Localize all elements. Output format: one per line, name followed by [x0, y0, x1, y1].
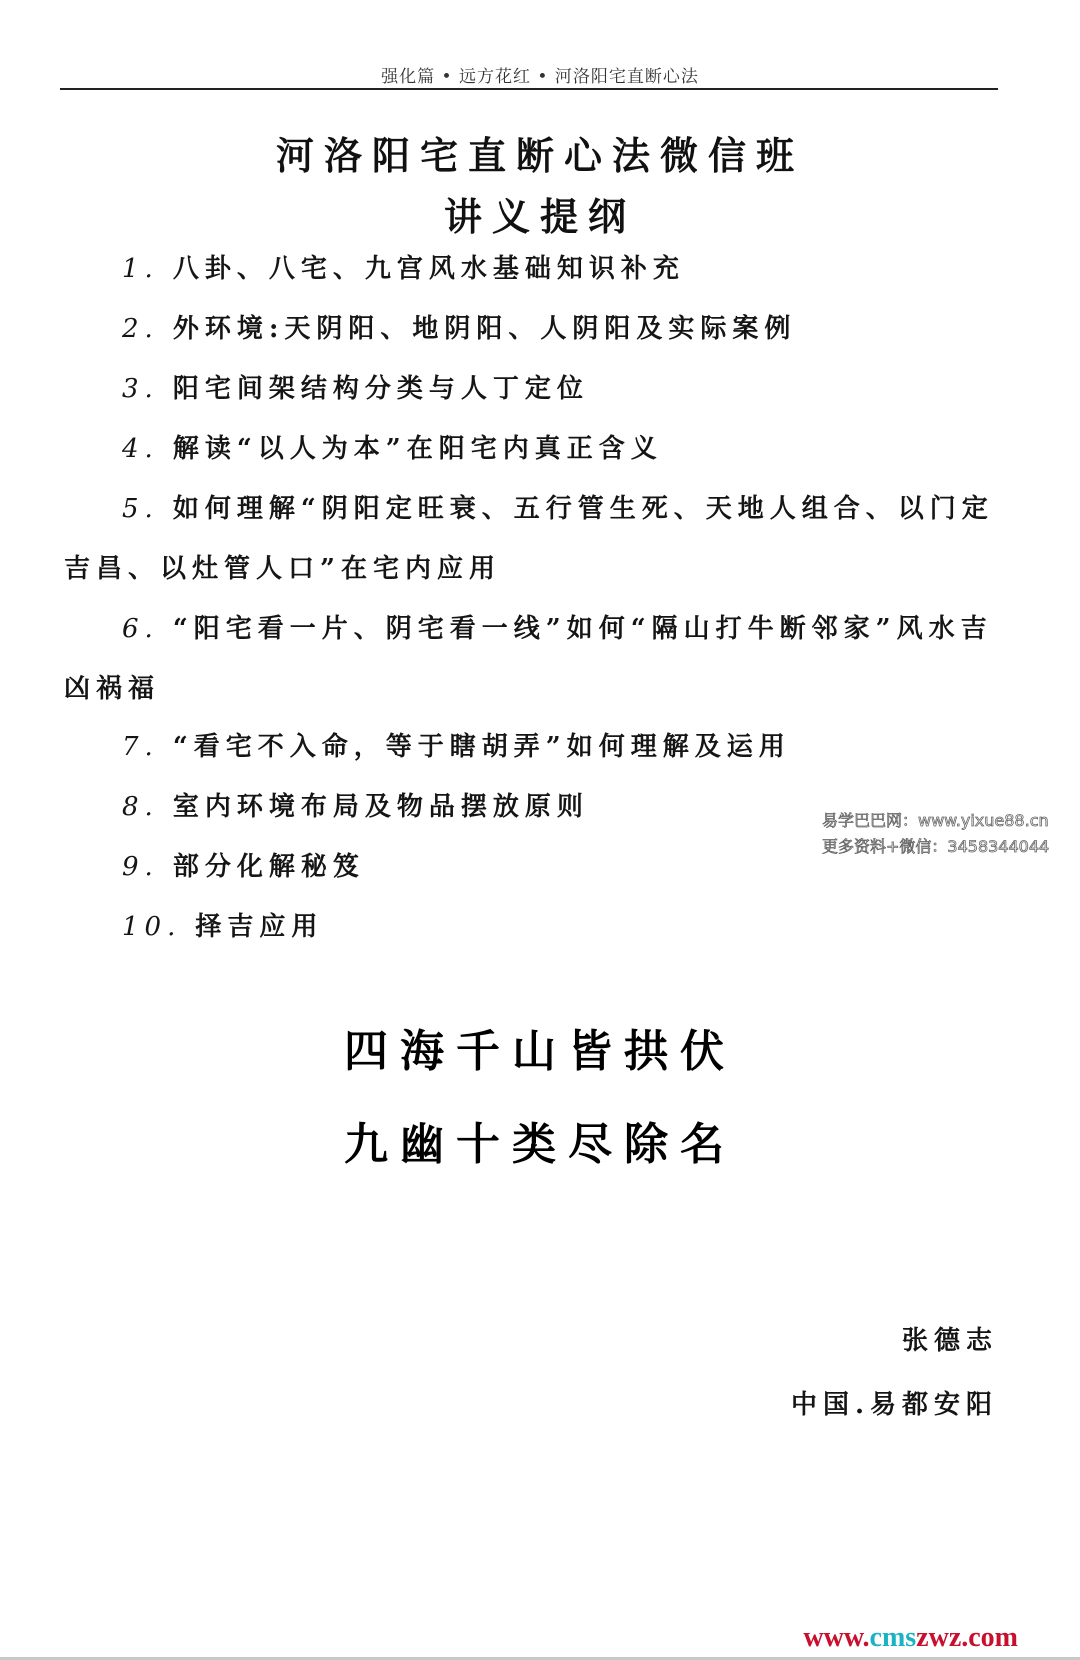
- outline-item: 9.部分化解秘笈: [122, 846, 365, 883]
- outline-item-number: 9.: [122, 852, 159, 882]
- outline-item-continuation: 吉昌、以灶管人口”在宅内应用: [64, 548, 501, 585]
- outline-item: 3.阳宅间架结构分类与人丁定位: [122, 368, 589, 405]
- document-title: 河洛阳宅直断心法微信班: [0, 125, 1080, 180]
- outline-item-continuation: 凶祸福: [64, 668, 160, 705]
- outline-item-text: 解读“以人为本”在阳宅内真正含义: [173, 434, 663, 464]
- outline-item-number: 1.: [122, 254, 159, 284]
- header-divider: [60, 88, 998, 90]
- outline-item-text: 外环境:天阴阳、地阴阳、人阴阳及实际案例: [173, 314, 797, 344]
- outline-item-number: 6.: [122, 614, 159, 644]
- outline-item-text: 部分化解秘笈: [173, 852, 365, 882]
- outline-item-number: 5.: [122, 494, 159, 524]
- outline-item-number: 4.: [122, 434, 159, 464]
- author-location: 中国.易都安阳: [791, 1384, 998, 1421]
- author-name: 张德志: [902, 1320, 998, 1357]
- outline-item-text: 阳宅间架结构分类与人丁定位: [173, 374, 589, 404]
- outline-item-number: 3.: [122, 374, 159, 404]
- poem-line-1: 四海千山皆拱伏: [0, 1015, 1080, 1079]
- outline-item: 1.八卦、八宅、九宫风水基础知识补充: [122, 248, 685, 285]
- outline-item-number: 2.: [122, 314, 159, 344]
- poem-line-2: 九幽十类尽除名: [0, 1108, 1080, 1172]
- outline-item: 4.解读“以人为本”在阳宅内真正含义: [122, 428, 663, 465]
- outline-item-text: “阳宅看一片、阴宅看一线”如何“隔山打牛断邻家”风水吉: [173, 614, 993, 644]
- outline-item-text: “看宅不入命，等于瞎胡弄”如何理解及运用: [173, 732, 791, 762]
- watermark-contact: 更多资料+微信：3458344044: [822, 834, 1049, 857]
- footer-site-suffix: zwz.com: [916, 1622, 1018, 1653]
- outline-item: 10.择吉应用: [122, 906, 323, 943]
- outline-item-text: 室内环境布局及物品摆放原则: [173, 792, 589, 822]
- outline-item: 8.室内环境布局及物品摆放原则: [122, 786, 589, 823]
- outline-item-text: 八卦、八宅、九宫风水基础知识补充: [173, 254, 685, 284]
- outline-item-number: 7.: [122, 732, 159, 762]
- running-header: 强化篇 • 远方花红 • 河洛阳宅直断心法: [0, 62, 1080, 87]
- footer-site-link[interactable]: www.cmszwz.com: [803, 1622, 1018, 1654]
- outline-item-number: 8.: [122, 792, 159, 822]
- document-subtitle: 讲义提纲: [0, 186, 1080, 241]
- outline-item: 2.外环境:天阴阳、地阴阳、人阴阳及实际案例: [122, 308, 796, 345]
- outline-item-text: 如何理解“阴阳定旺衰、五行管生死、天地人组合、以门定: [173, 494, 994, 524]
- outline-item-number: 10.: [122, 912, 181, 942]
- outline-item-text: 择吉应用: [195, 912, 323, 942]
- watermark-site: 易学巴巴网：www.yixue88.cn: [822, 808, 1049, 831]
- footer-site-prefix: www.: [803, 1622, 869, 1653]
- outline-item: 7.“看宅不入命，等于瞎胡弄”如何理解及运用: [122, 726, 791, 763]
- outline-item: 5.如何理解“阴阳定旺衰、五行管生死、天地人组合、以门定: [122, 488, 994, 525]
- outline-item: 6.“阳宅看一片、阴宅看一线”如何“隔山打牛断邻家”风水吉: [122, 608, 993, 645]
- footer-site-middle: cms: [870, 1622, 917, 1653]
